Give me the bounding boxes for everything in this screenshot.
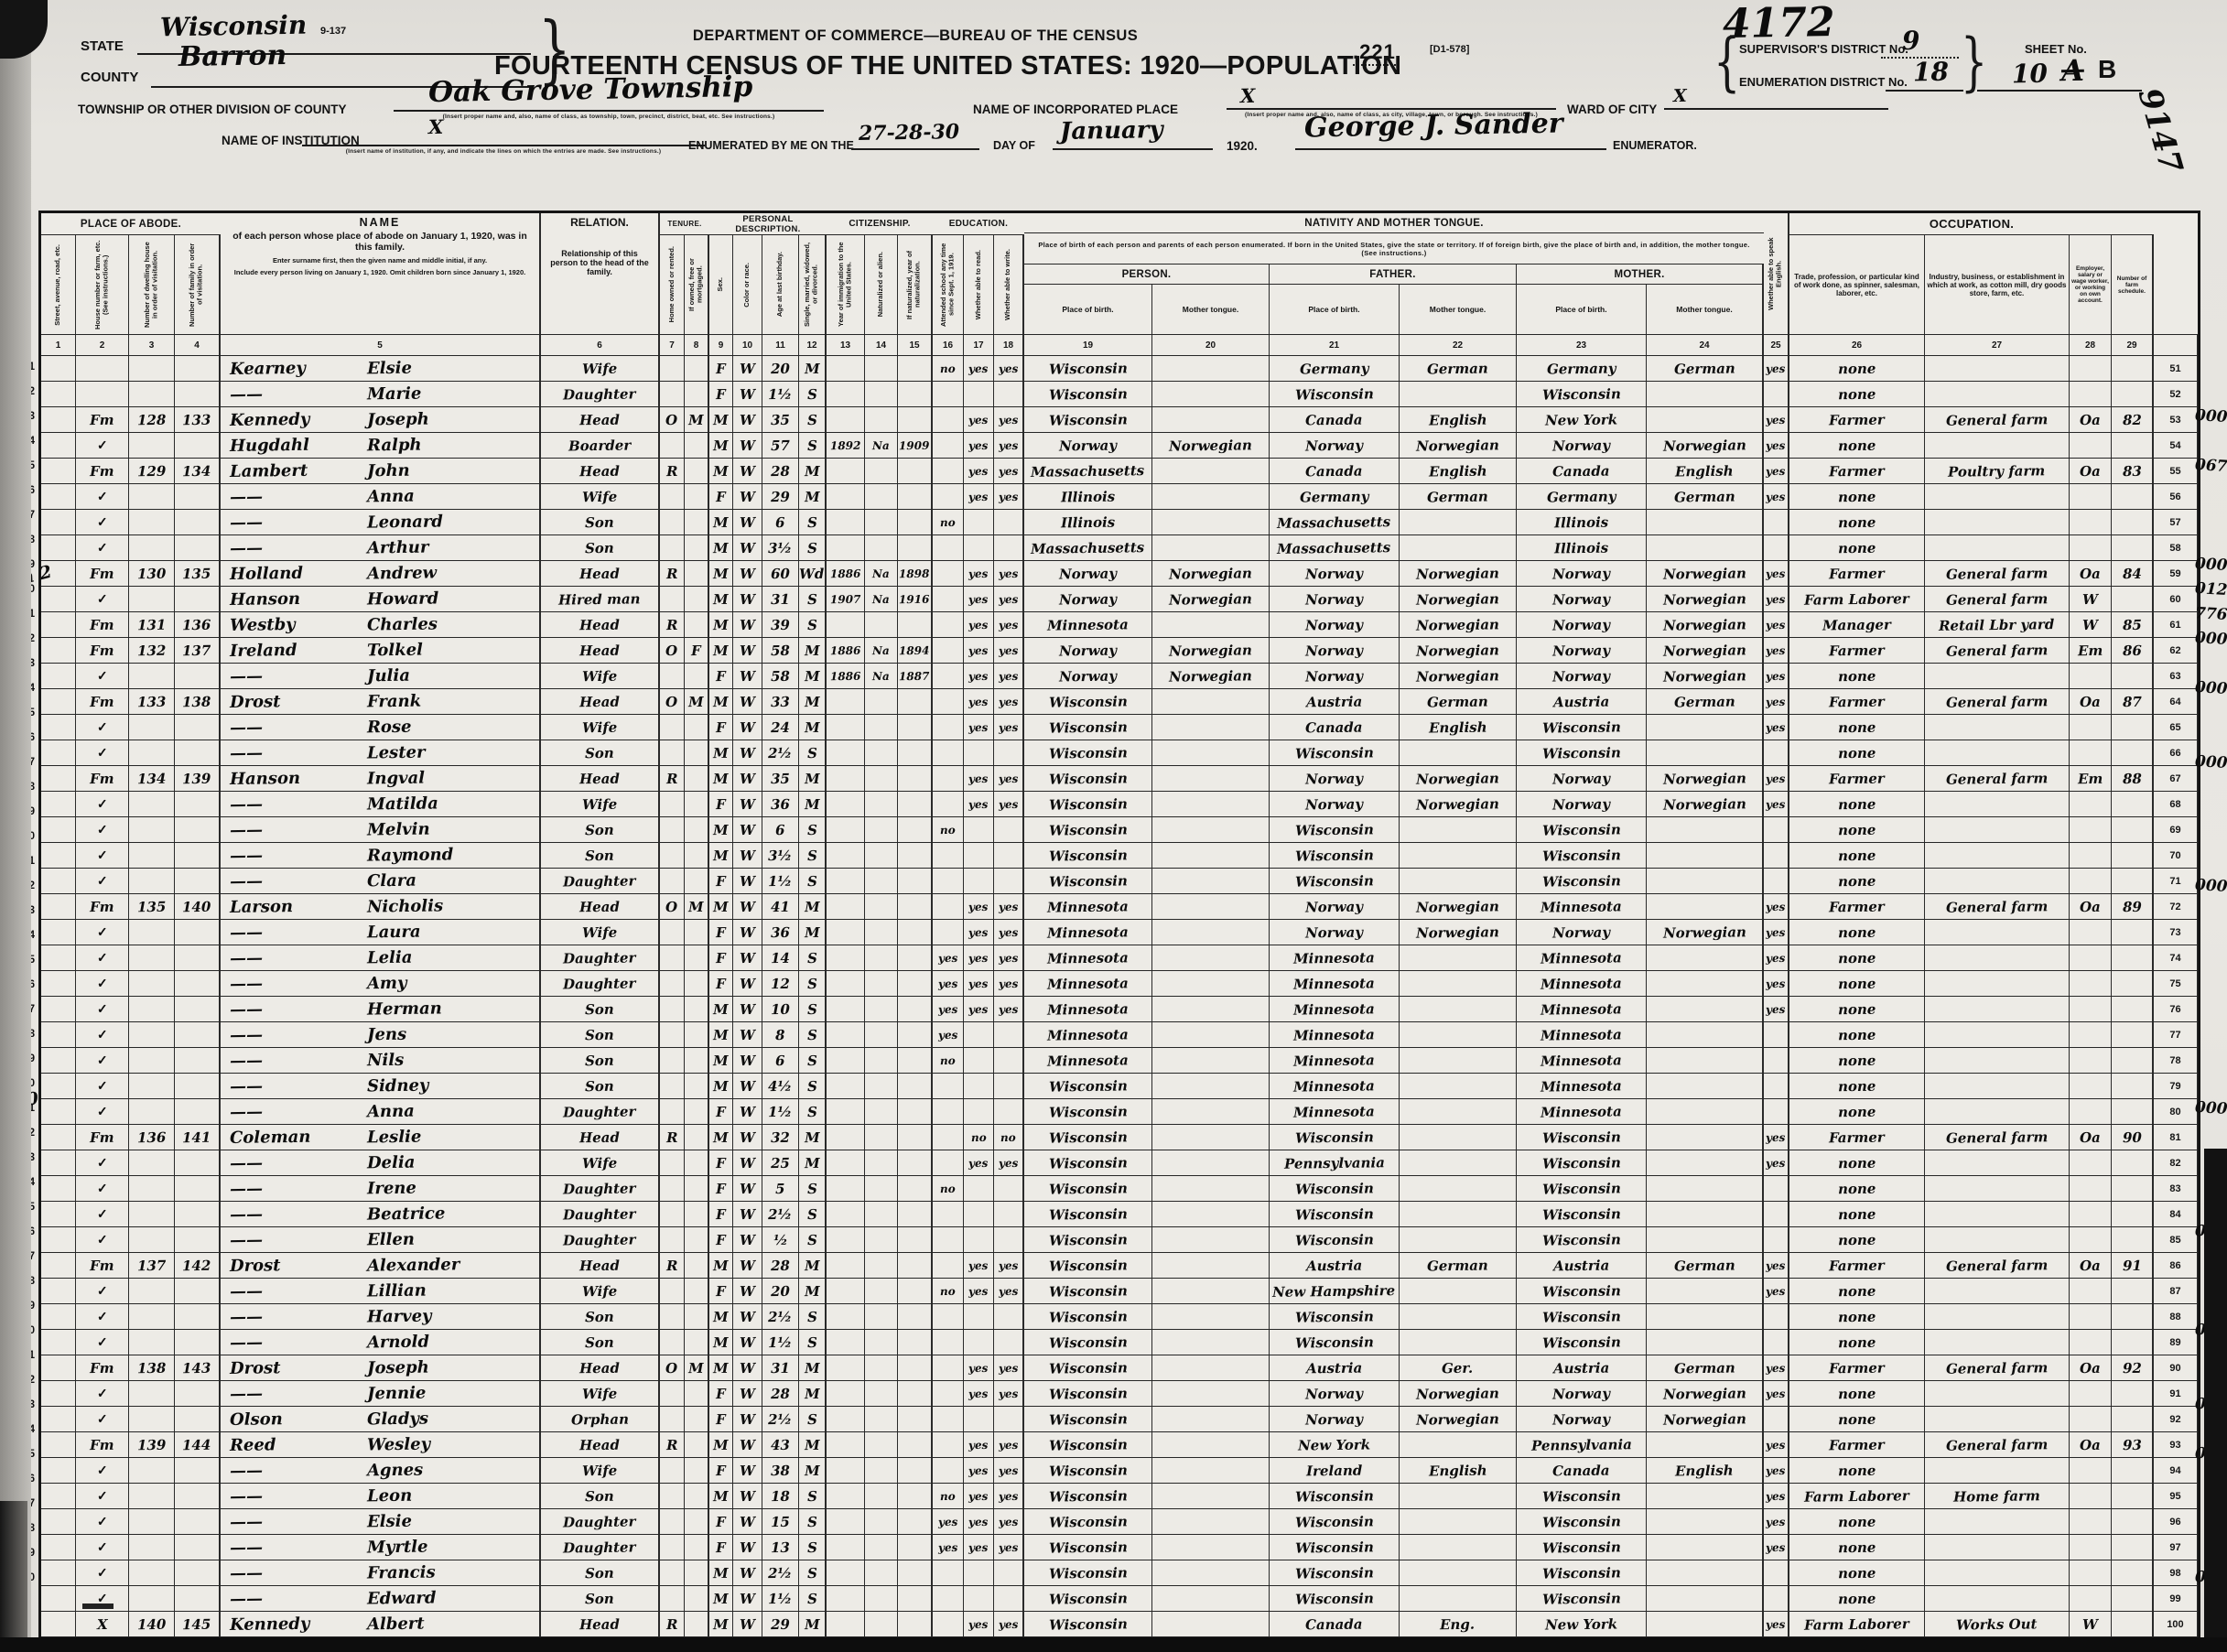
- cell-value: General farm: [1946, 898, 2049, 916]
- cell: Wisconsin: [1024, 1330, 1152, 1355]
- cell: no: [994, 1125, 1024, 1150]
- cell: Son: [541, 510, 660, 534]
- cell-value: yes: [938, 1540, 958, 1553]
- cell: Norwegian: [1647, 612, 1764, 637]
- line-number-right: 92: [2169, 1414, 2180, 1425]
- cell-value: 86: [2122, 642, 2141, 658]
- cell-value: S: [806, 1410, 816, 1427]
- cell: [175, 740, 221, 765]
- cell-value: S: [806, 437, 816, 453]
- cell: [865, 1125, 898, 1150]
- cell: M: [709, 587, 733, 611]
- cell: [1764, 535, 1789, 560]
- cell-value: Farmer: [1829, 462, 1885, 480]
- cell: Norway: [1517, 792, 1647, 816]
- cell: 6: [762, 1048, 799, 1073]
- cell-value: Home farm: [1953, 1487, 2040, 1505]
- cell: [898, 792, 933, 816]
- cell: [1400, 740, 1517, 765]
- cell-value: S: [806, 1026, 816, 1042]
- cell: [865, 510, 898, 534]
- cell: [175, 1586, 221, 1611]
- cell: Minnesota: [1024, 920, 1152, 945]
- cell: [1925, 382, 2070, 406]
- column-group: CITIZENSHIP.Year of immigration to the U…: [827, 213, 933, 334]
- cell: [685, 587, 709, 611]
- cell: [865, 1535, 898, 1560]
- cell-value: W: [740, 411, 755, 427]
- cell: [827, 1022, 865, 1047]
- cell-value: Son: [585, 1564, 614, 1581]
- cell-value: Minnesota: [1293, 1103, 1375, 1120]
- cell-value: 1887: [899, 669, 930, 682]
- cell-value: Massachusetts: [1277, 513, 1390, 532]
- census-row-70: ✓——RaymondSonMW3½SWisconsinWisconsinWisc…: [41, 843, 2198, 869]
- cell: [827, 1279, 865, 1303]
- cell: [933, 1432, 964, 1457]
- cell-value: Norway: [1552, 616, 1610, 633]
- surname: ——: [221, 512, 367, 533]
- cell-value: yes: [999, 413, 1019, 426]
- cell: [685, 484, 709, 509]
- cell: Wisconsin: [1517, 1535, 1647, 1560]
- cell: [685, 1074, 709, 1098]
- cell: [129, 869, 175, 893]
- cell-value: M: [688, 411, 704, 427]
- cell: F: [709, 945, 733, 970]
- cell: yes: [994, 920, 1024, 945]
- cell: [41, 1074, 76, 1098]
- cell-value: M: [805, 462, 820, 479]
- cell: [1400, 1022, 1517, 1047]
- dates-underline: [851, 148, 979, 150]
- cell-value: Farmer: [1829, 642, 1885, 659]
- cell-value: yes: [999, 1463, 1019, 1476]
- cell: Son: [541, 997, 660, 1021]
- cell-value: Wisconsin: [1048, 1308, 1127, 1325]
- cell-value: W: [740, 1231, 755, 1247]
- cell: Norway: [1270, 1407, 1400, 1431]
- cell-value: Wisconsin: [1294, 385, 1373, 403]
- census-table: PLACE OF ABODE.Street, avenue, road, etc…: [38, 211, 2200, 1640]
- cell: Canada: [1270, 459, 1400, 483]
- cell-value: F: [716, 1282, 726, 1299]
- line-number-right: 95: [2169, 1491, 2180, 1502]
- cell: [2112, 945, 2154, 970]
- cell: [964, 1074, 994, 1098]
- cell-value: 6: [775, 821, 785, 837]
- cell: [1152, 1560, 1270, 1585]
- cell: yes: [994, 1612, 1024, 1636]
- cell: yes: [964, 587, 994, 611]
- cell: [175, 1176, 221, 1201]
- census-row-91: ✓——JennieWifeFW28MyesyesWisconsinNorwayN…: [41, 1381, 2198, 1407]
- cell: 1907: [827, 587, 865, 611]
- cell: [827, 1586, 865, 1611]
- cell-value: S: [806, 744, 816, 761]
- cell: yes: [994, 1253, 1024, 1278]
- given-name: Lester: [367, 743, 426, 763]
- cell-value: S: [806, 1052, 816, 1068]
- cell: yes: [994, 945, 1024, 970]
- cell: Farmer: [1789, 689, 1925, 714]
- cell: [41, 1304, 76, 1329]
- census-row-86: Fm137142DrostAlexanderHeadRMW28MyesyesWi…: [41, 1253, 2198, 1279]
- cell: [2112, 664, 2154, 688]
- cell: S: [799, 612, 827, 637]
- enumeration-district-label: ENUMERATION DISTRICT No.: [1739, 75, 1908, 89]
- cell: [827, 1074, 865, 1098]
- cell: General farm: [1925, 561, 2070, 586]
- cell: M: [799, 1458, 827, 1483]
- cell: Wisconsin: [1270, 1227, 1400, 1252]
- cell-value: none: [1838, 1205, 1876, 1223]
- cell: ✓: [76, 997, 129, 1021]
- name-cell: ——Matilda: [221, 792, 541, 816]
- cell-value: no: [940, 1284, 956, 1297]
- cell: yes: [994, 587, 1024, 611]
- cell: [933, 1125, 964, 1150]
- cell: Head: [541, 894, 660, 919]
- cell-value: F: [716, 923, 726, 940]
- cell-value: ✓: [97, 489, 108, 503]
- cell-value: yes: [1766, 362, 1786, 374]
- cell: Fm: [76, 459, 129, 483]
- cell: Wisconsin: [1517, 740, 1647, 765]
- cell-value: Norway: [1305, 437, 1363, 454]
- cell-value: F: [691, 642, 701, 658]
- cell: none: [1789, 1279, 1925, 1303]
- cell: [41, 1432, 76, 1457]
- line-number-right: 77: [2169, 1030, 2180, 1041]
- cell: [933, 1407, 964, 1431]
- cell: Na: [865, 587, 898, 611]
- cell: yes: [1764, 1355, 1789, 1380]
- cell-value: yes: [968, 1258, 989, 1271]
- cell: [1925, 817, 2070, 842]
- name-cell: ——Leon: [221, 1484, 541, 1508]
- cell: [1925, 1304, 2070, 1329]
- cell-value: F: [716, 1205, 726, 1222]
- cell: yes: [964, 1432, 994, 1457]
- cell: Minnesota: [1517, 945, 1647, 970]
- cell: [175, 971, 221, 996]
- cell: [865, 894, 898, 919]
- line-number-right: 72: [2169, 902, 2180, 912]
- cell: yes: [1764, 1125, 1789, 1150]
- cell: Austria: [1517, 1355, 1647, 1380]
- cell-value: English: [1429, 1462, 1487, 1479]
- cell: [898, 1612, 933, 1636]
- cell: [865, 356, 898, 381]
- cell: 31: [762, 1355, 799, 1380]
- surname: ——: [221, 717, 367, 738]
- cell: Wisconsin: [1024, 817, 1152, 842]
- cell: 10: [762, 997, 799, 1021]
- cell: [2112, 869, 2154, 893]
- cell: [685, 792, 709, 816]
- column-header-19: Place of birth.: [1024, 285, 1152, 334]
- cell: [1152, 1612, 1270, 1636]
- given-name: Albert: [367, 1614, 425, 1635]
- cell: [933, 382, 964, 406]
- cell: 25: [762, 1150, 799, 1175]
- cell: F: [685, 638, 709, 663]
- cell: Farmer: [1789, 1125, 1925, 1150]
- cell-value: Fm: [90, 462, 114, 479]
- cell: [1647, 1586, 1764, 1611]
- cell-value: ✓: [97, 1334, 108, 1349]
- cell-value: S: [806, 539, 816, 556]
- cell-value: Norway: [1059, 590, 1117, 608]
- cell: 2½: [762, 740, 799, 765]
- line-number-right: 57: [2169, 517, 2180, 528]
- cell: Canada: [1517, 1458, 1647, 1483]
- cell-value: F: [716, 488, 726, 504]
- cell: [994, 1099, 1024, 1124]
- cell: 138: [129, 1355, 175, 1380]
- cell: W: [733, 817, 762, 842]
- cell-value: O: [665, 898, 677, 914]
- cell: Wisconsin: [1270, 1202, 1400, 1226]
- cell: Minnesota: [1270, 1048, 1400, 1073]
- cell: [865, 1202, 898, 1226]
- cell: Fm: [76, 1355, 129, 1380]
- cell: [827, 1535, 865, 1560]
- cell-value: S: [806, 590, 816, 607]
- cell-value: yes: [999, 567, 1019, 579]
- cell: [660, 1150, 685, 1175]
- cell: Wisconsin: [1517, 1586, 1647, 1611]
- cell: 2½: [762, 1407, 799, 1431]
- cell: 140: [129, 1612, 175, 1636]
- cell: [827, 740, 865, 765]
- cell: none: [1789, 1048, 1925, 1073]
- column-header-6: RELATION.Relationship of this person to …: [541, 213, 660, 334]
- cell-value: Germany: [1547, 360, 1616, 377]
- cell-value: yes: [999, 362, 1019, 374]
- cell: [827, 612, 865, 637]
- cell-value: 2½: [768, 744, 792, 761]
- cell: Wisconsin: [1024, 1612, 1152, 1636]
- cell-value: English: [1675, 462, 1734, 480]
- cell: M: [709, 740, 733, 765]
- cell: [827, 1355, 865, 1380]
- cell: W: [733, 561, 762, 586]
- cell: S: [799, 1535, 827, 1560]
- given-name: Lillian: [367, 1281, 427, 1301]
- cell-value: Minnesota: [1047, 923, 1129, 941]
- cell-value: Son: [585, 847, 614, 863]
- cell: [41, 484, 76, 509]
- cell: 29: [762, 484, 799, 509]
- cell-value: Wisconsin: [1294, 1590, 1373, 1607]
- cell-value: yes: [1766, 567, 1786, 579]
- cell: [660, 535, 685, 560]
- cell: Farm Laborer: [1789, 587, 1925, 611]
- cell-value: Oa: [2080, 565, 2101, 581]
- given-name: Matilda: [367, 794, 438, 814]
- cell: [865, 1074, 898, 1098]
- cell-value: Canada: [1305, 411, 1363, 428]
- township-value-handwritten: Oak Grove Township: [428, 70, 753, 109]
- cell-value: Norway: [1552, 437, 1610, 454]
- cell: O: [660, 894, 685, 919]
- cell: S: [799, 1304, 827, 1329]
- cell: none: [1789, 1509, 1925, 1534]
- cell-value: Son: [585, 539, 614, 556]
- cell: M: [709, 1612, 733, 1636]
- cell-value: 135: [137, 898, 167, 914]
- cell-value: no: [940, 515, 956, 528]
- cell: 43: [762, 1432, 799, 1457]
- cell: [1925, 1330, 2070, 1355]
- line-number-right: 60: [2169, 594, 2180, 605]
- cell: M: [709, 1022, 733, 1047]
- cell: yes: [1764, 945, 1789, 970]
- cell-value: Wisconsin: [1048, 1180, 1127, 1197]
- cell: [175, 1150, 221, 1175]
- cell: Head: [541, 1432, 660, 1457]
- name-cell: ——Harvey: [221, 1304, 541, 1329]
- cell: [660, 843, 685, 868]
- cell: [898, 1099, 933, 1124]
- cell: M: [685, 407, 709, 432]
- cell: Wisconsin: [1024, 740, 1152, 765]
- surname: ——: [221, 845, 367, 866]
- cell: [129, 1202, 175, 1226]
- cell: none: [1789, 1304, 1925, 1329]
- cell: Canada: [1517, 459, 1647, 483]
- cell: German: [1647, 689, 1764, 714]
- given-name: Howard: [367, 588, 439, 609]
- cell: 1½: [762, 869, 799, 893]
- cell: Massachusetts: [1270, 510, 1400, 534]
- surname: ——: [221, 1306, 367, 1327]
- county-label: COUNTY: [81, 70, 138, 85]
- surname: ——: [221, 1562, 367, 1583]
- cell: W: [733, 459, 762, 483]
- cell: S: [799, 587, 827, 611]
- cell: [1152, 894, 1270, 919]
- cell: W: [2070, 587, 2112, 611]
- cell: [685, 945, 709, 970]
- cell: W: [733, 869, 762, 893]
- cell-value: Minnesota: [1541, 1052, 1622, 1069]
- cell: [175, 484, 221, 509]
- cell: [175, 1560, 221, 1585]
- cell: General farm: [1925, 638, 2070, 663]
- cell: [1925, 664, 2070, 688]
- cell: [2070, 1509, 2112, 1534]
- cell: [898, 766, 933, 791]
- cell-value: yes: [1766, 1515, 1786, 1528]
- cell: Daughter: [541, 382, 660, 406]
- cell: [1925, 510, 2070, 534]
- cell: [964, 1202, 994, 1226]
- cell-value: W: [740, 1026, 755, 1042]
- margin-scribble: [2194, 502, 2227, 529]
- cell-value: M: [713, 1257, 729, 1273]
- township-underline: [394, 110, 824, 112]
- cell: [2112, 1407, 2154, 1431]
- cell: Farmer: [1789, 407, 1925, 432]
- cell: [1925, 1227, 2070, 1252]
- cell: General farm: [1925, 1125, 2070, 1150]
- cell: [933, 638, 964, 663]
- cell: [685, 433, 709, 458]
- given-name: Herman: [367, 999, 442, 1019]
- enumeration-district-value: 18: [1913, 57, 1950, 88]
- cell-value: Wisconsin: [1048, 872, 1127, 890]
- cell: yes: [964, 971, 994, 996]
- cell: W: [733, 612, 762, 637]
- cell: F: [709, 382, 733, 406]
- cell: W: [733, 1150, 762, 1175]
- cell: [175, 1330, 221, 1355]
- cell: [129, 740, 175, 765]
- cell: [1647, 1227, 1764, 1252]
- cell-value: Wife: [582, 1462, 618, 1479]
- cell: [898, 1048, 933, 1073]
- cell-value: Norway: [1305, 923, 1363, 941]
- cell: [175, 382, 221, 406]
- cell: 14: [762, 945, 799, 970]
- cell: Norwegian: [1647, 766, 1764, 791]
- cell: none: [1789, 535, 1925, 560]
- cell-value: no: [940, 1053, 956, 1066]
- cell-value: yes: [1766, 951, 1786, 964]
- cell-value: Canada: [1305, 718, 1363, 736]
- cell: Wisconsin: [1024, 689, 1152, 714]
- cell-value: none: [1838, 1077, 1876, 1095]
- enumerated-dates: 27-28-30: [859, 120, 960, 146]
- cell-value: M: [713, 1487, 729, 1504]
- cell-value: S: [806, 1308, 816, 1324]
- cell-value: yes: [999, 1156, 1019, 1169]
- cell-value: yes: [968, 1540, 989, 1553]
- subgroup-label: PERSON.: [1024, 265, 1270, 285]
- ward-underline: [1664, 108, 1888, 110]
- cell: W: [733, 1279, 762, 1303]
- cell: [827, 869, 865, 893]
- cell: [1764, 817, 1789, 842]
- cell-value: Norwegian: [1416, 667, 1499, 685]
- cell-value: Wife: [582, 1154, 618, 1172]
- cell-value: W: [740, 1308, 755, 1324]
- cell: Wisconsin: [1024, 1586, 1152, 1611]
- cell-value: 33: [771, 693, 790, 709]
- cell: [865, 1458, 898, 1483]
- cell: [2112, 1099, 2154, 1124]
- cell: 1892: [827, 433, 865, 458]
- cell: ✓: [76, 971, 129, 996]
- cell: Germany: [1517, 356, 1647, 381]
- cell: yes: [994, 407, 1024, 432]
- cell: no: [933, 817, 964, 842]
- cell-value: 143: [182, 1359, 211, 1376]
- cell: [865, 1150, 898, 1175]
- cell: [2112, 1074, 2154, 1098]
- cell: M: [799, 766, 827, 791]
- cell: 58: [762, 638, 799, 663]
- cell: [660, 971, 685, 996]
- cell-value: F: [716, 1385, 726, 1401]
- cell: yes: [1764, 1150, 1789, 1175]
- cell: [1925, 1022, 2070, 1047]
- cell: Wisconsin: [1024, 1407, 1152, 1431]
- cell-value: ✓: [97, 1309, 108, 1323]
